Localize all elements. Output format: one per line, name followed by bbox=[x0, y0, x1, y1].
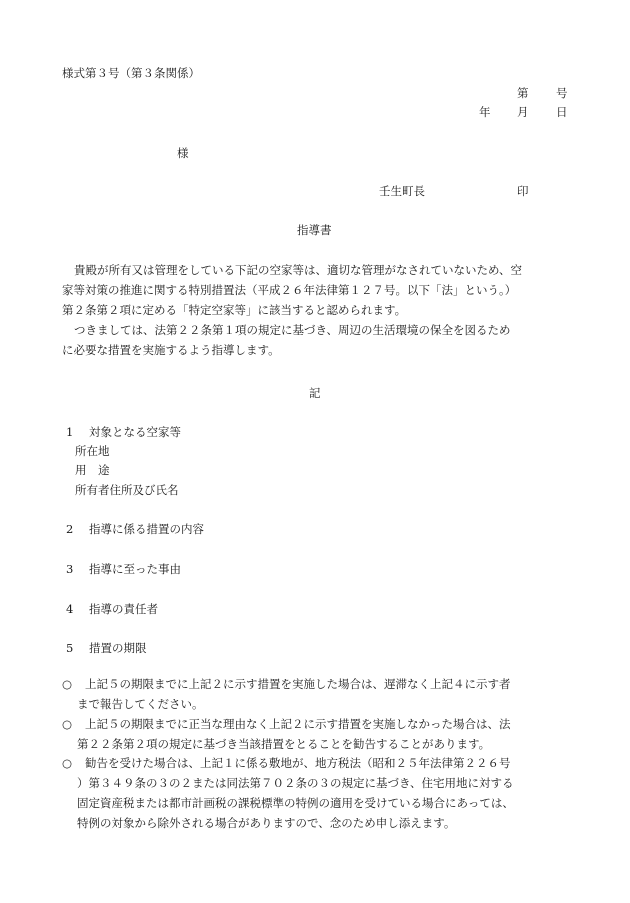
item-1: 1 対象となる空家等 bbox=[66, 425, 181, 439]
addressee-suffix: 様 bbox=[177, 146, 189, 160]
paragraph-line: 第２条第２項に定める「特定空家等」に該当すると認められます。 bbox=[62, 300, 574, 320]
body-paragraph-1: 貴殿が所有又は管理をしている下記の空家等は、適切な管理がなされていないため、空 … bbox=[62, 260, 574, 320]
body-paragraph-2: つきましては、法第２２条第１項の規定に基づき、周辺の生活環境の保全を図るため に… bbox=[62, 320, 574, 360]
paragraph-line: つきましては、法第２２条第１項の規定に基づき、周辺の生活環境の保全を図るため bbox=[62, 320, 574, 340]
date-month: 月 bbox=[517, 105, 529, 119]
subitem-location: 所在地 bbox=[75, 444, 110, 458]
doc-number-suffix: 号 bbox=[556, 86, 568, 100]
item-label: 措置の期限 bbox=[77, 641, 147, 655]
item-5: 5 措置の期限 bbox=[66, 641, 146, 655]
note-line: ）第３４９条の３の２または同法第７０２条の３の規定に基づき、住宅用地に対する bbox=[62, 773, 514, 793]
note-line: 固定資産税または都市計画税の課税標準の特例の適用を受けている場合にあっては、 bbox=[62, 793, 514, 813]
item-number: 3 bbox=[66, 562, 73, 576]
date-day: 日 bbox=[556, 105, 568, 119]
issuer-name: 壬生町長 bbox=[379, 184, 425, 198]
item-number: 5 bbox=[66, 641, 73, 655]
item-number: 2 bbox=[66, 522, 73, 536]
note-line: まで報告してください。 bbox=[62, 694, 511, 714]
paragraph-line: 貴殿が所有又は管理をしている下記の空家等は、適切な管理がなされていないため、空 bbox=[62, 260, 574, 280]
ki-heading: 記 bbox=[309, 386, 321, 400]
circle-bullet-icon: ○ bbox=[62, 677, 72, 691]
note-line: 第２２条第２項の規定に基づき当該措置をとることを勧告することがあります。 bbox=[62, 734, 511, 754]
subitem-owner: 所有者住所及び氏名 bbox=[75, 483, 179, 497]
item-label: 指導の責任者 bbox=[77, 602, 158, 616]
paragraph-line: 家等対策の推進に関する特別措置法（平成２６年法律第１２７号。以下「法」という。） bbox=[62, 280, 574, 300]
item-3: 3 指導に至った事由 bbox=[66, 562, 181, 576]
item-number: 4 bbox=[66, 602, 73, 616]
doc-number-prefix: 第 bbox=[517, 86, 529, 100]
document-title: 指導書 bbox=[297, 223, 332, 237]
paragraph-line: に必要な措置を実施するよう指導します。 bbox=[62, 340, 574, 360]
seal-mark: 印 bbox=[517, 184, 529, 198]
note-1: ○上記５の期限までに上記２に示す措置を実施した場合は、遅滞なく上記４に示す者 ま… bbox=[62, 674, 511, 714]
note-line: 特例の対象から除外される場合がありますので、念のため申し添えます。 bbox=[62, 813, 514, 833]
item-4: 4 指導の責任者 bbox=[66, 602, 158, 616]
item-label: 指導に係る措置の内容 bbox=[77, 522, 204, 536]
circle-bullet-icon: ○ bbox=[62, 717, 72, 731]
item-label: 対象となる空家等 bbox=[77, 425, 181, 439]
note-line: 上記５の期限までに上記２に示す措置を実施した場合は、遅滞なく上記４に示す者 bbox=[72, 677, 511, 691]
date-year: 年 bbox=[479, 105, 491, 119]
note-line: 上記５の期限までに正当な理由なく上記２に示す措置を実施しなかった場合は、法 bbox=[72, 717, 511, 731]
item-label: 指導に至った事由 bbox=[77, 562, 181, 576]
note-3: ○勧告を受けた場合は、上記１に係る敷地が、地方税法（昭和２５年法律第２２６号 ）… bbox=[62, 753, 514, 833]
form-label: 様式第３号（第３条関係） bbox=[62, 66, 200, 80]
item-2: 2 指導に係る措置の内容 bbox=[66, 522, 204, 536]
subitem-usage: 用 途 bbox=[75, 463, 110, 477]
note-line: 勧告を受けた場合は、上記１に係る敷地が、地方税法（昭和２５年法律第２２６号 bbox=[72, 756, 511, 770]
item-number: 1 bbox=[66, 425, 73, 439]
note-2: ○上記５の期限までに正当な理由なく上記２に示す措置を実施しなかった場合は、法 第… bbox=[62, 714, 511, 754]
circle-bullet-icon: ○ bbox=[62, 756, 72, 770]
